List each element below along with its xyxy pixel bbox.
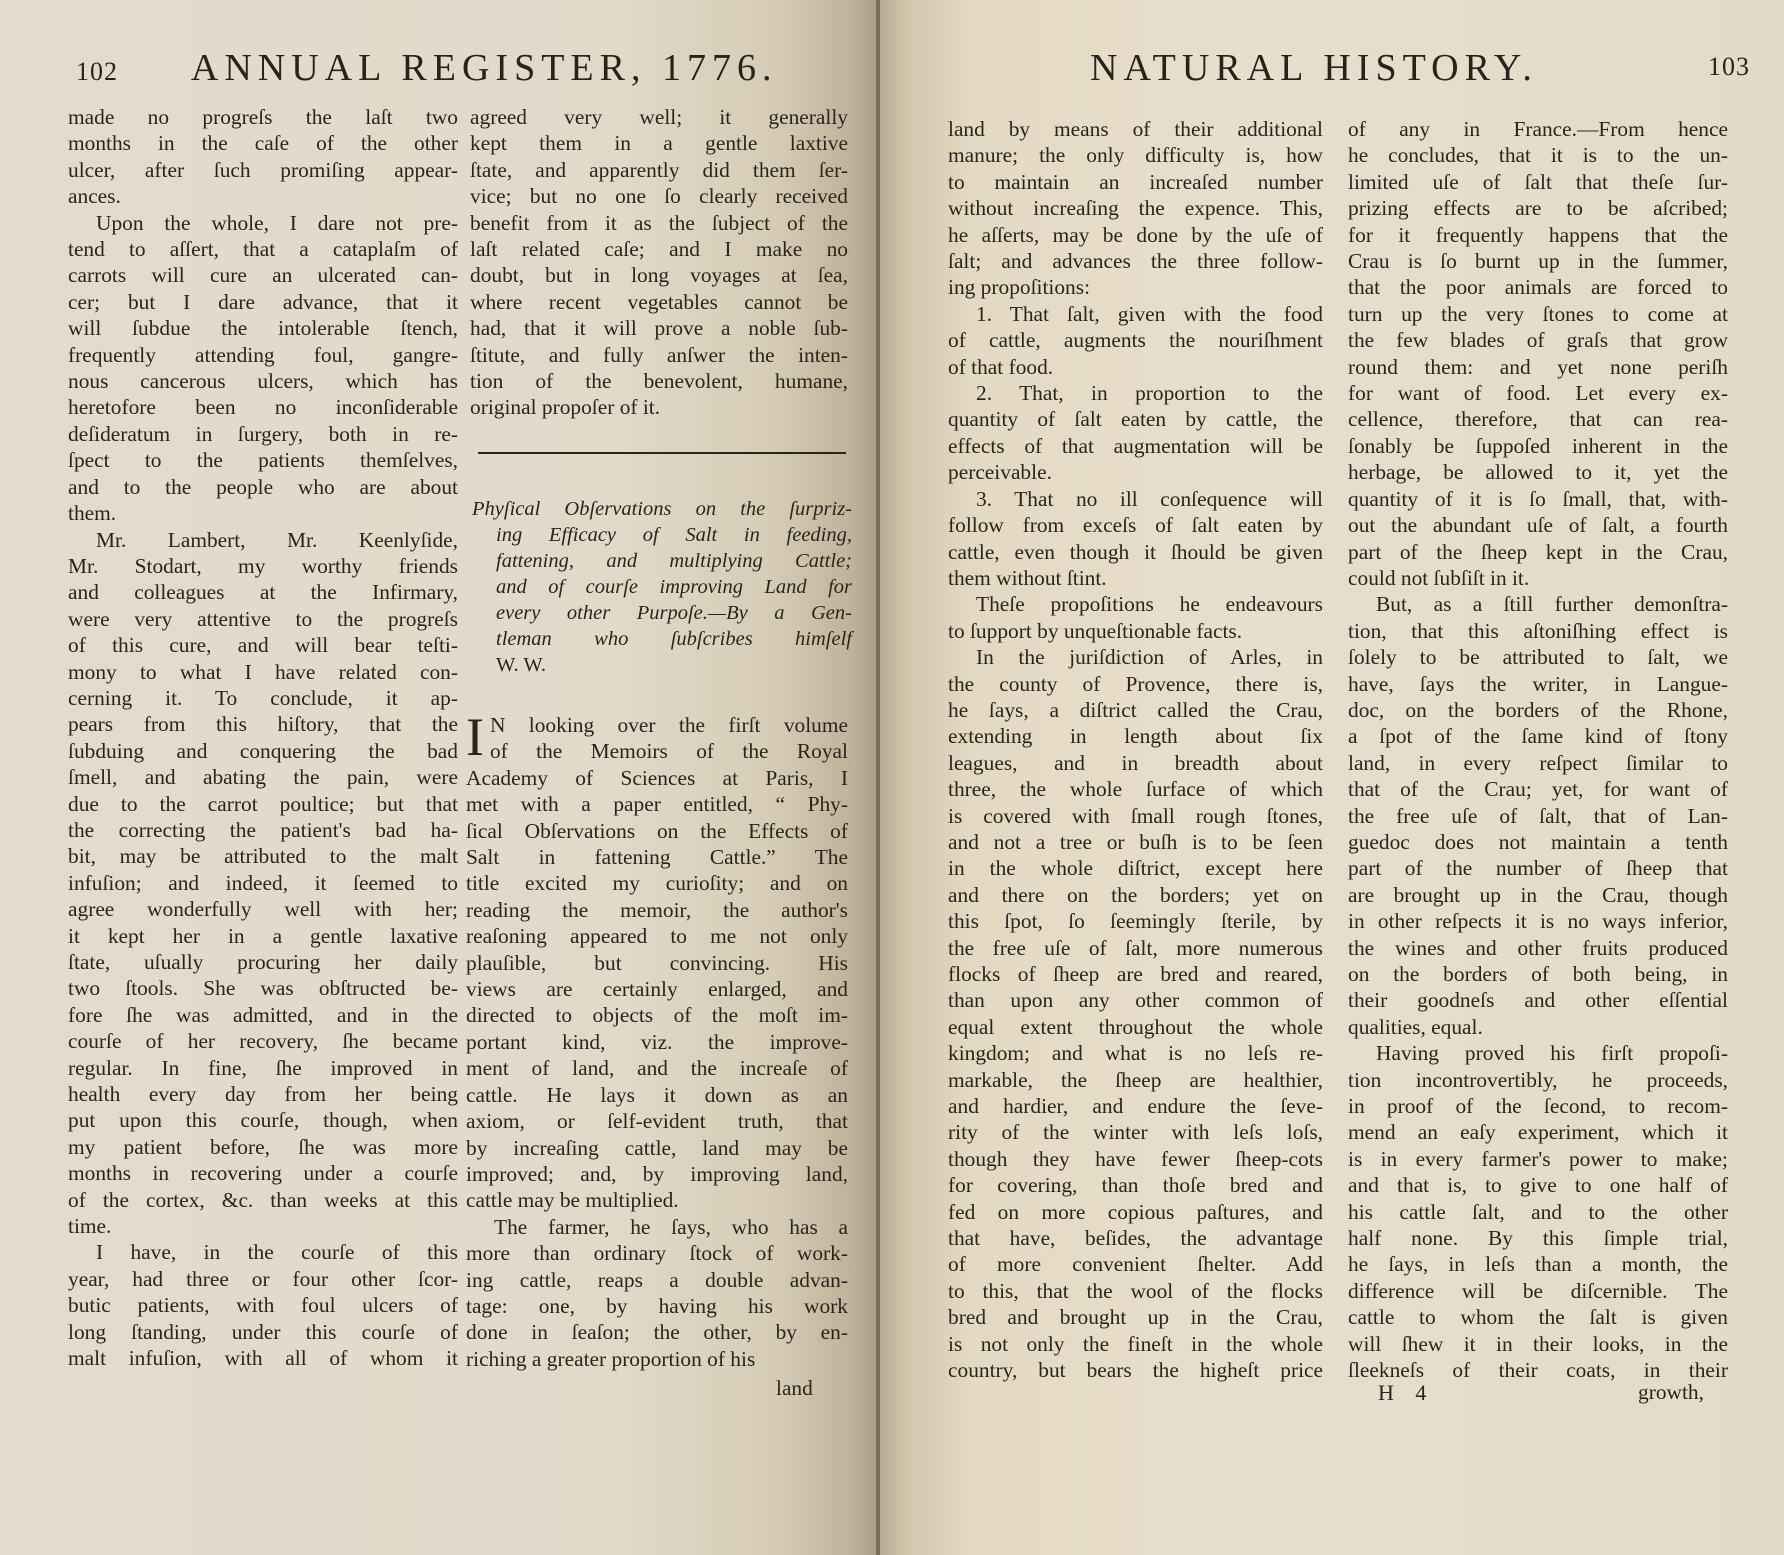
text-line: kingdom; and what is no leſs re- bbox=[948, 1040, 1323, 1066]
text-line: laſt related caſe; and I make no bbox=[470, 236, 848, 262]
text-line: made no progreſs the laſt two bbox=[68, 104, 458, 130]
right-column-1: land by means of their additionalmanure;… bbox=[948, 116, 1323, 1384]
article-body: IN looking over the firſt volumeof the M… bbox=[466, 712, 848, 1372]
text-line: 1. That ſalt, given with the food bbox=[948, 301, 1323, 327]
text-line: tend to aſſert, that a cataplaſm of bbox=[68, 236, 458, 262]
text-line: is not only the fineſt in the whole bbox=[948, 1331, 1323, 1357]
left-running-title: ANNUAL REGISTER, 1776. bbox=[191, 47, 778, 89]
text-line: out the abundant uſe of ſalt, a fourth bbox=[1348, 512, 1728, 538]
text-line: he concludes, that it is to the un- bbox=[1348, 142, 1728, 168]
text-line: the free uſe of ſalt, that of Lan- bbox=[1348, 803, 1728, 829]
text-line: deſideratum in ſurgery, both in re- bbox=[68, 421, 458, 447]
text-line: of cattle, augments the nouriſhment bbox=[948, 327, 1323, 353]
text-line: tion, that this aſtoniſhing effect is bbox=[1348, 618, 1728, 644]
text-line: qualities, equal. bbox=[1348, 1014, 1728, 1040]
text-line: cattle to whom the ſalt is given bbox=[1348, 1304, 1728, 1330]
text-line: his cattle ſalt, and to the other bbox=[1348, 1199, 1728, 1225]
text-line: nous cancerous ulcers, which has bbox=[68, 368, 458, 394]
article-title: Phyſical Obſervations on the ſurpriz-ing… bbox=[472, 496, 852, 678]
text-line: put upon this courſe, though, when bbox=[68, 1107, 458, 1133]
title-line: W. W. bbox=[472, 652, 852, 678]
text-line: the correcting the patient's bad ha- bbox=[68, 817, 458, 843]
text-line: axiom, or ſelf-evident truth, that bbox=[466, 1108, 848, 1134]
text-line: where recent vegetables cannot be bbox=[470, 289, 848, 315]
text-line: infuſion; and indeed, it ſeemed to bbox=[68, 870, 458, 896]
text-line: ſmell, and abating the pain, were bbox=[68, 764, 458, 790]
title-line: every other Purpoſe.—By a Gen- bbox=[472, 600, 852, 626]
text-line: this ſpot, ſo ſeemingly ſterile, by bbox=[948, 908, 1323, 934]
text-line: on the borders of both being, in bbox=[1348, 961, 1728, 987]
text-line: prizing effects are to be aſcribed; bbox=[1348, 195, 1728, 221]
text-line: guedoc does not maintain a tenth bbox=[1348, 829, 1728, 855]
text-line: views are certainly enlarged, and bbox=[466, 976, 848, 1002]
text-line: though they have fewer ſheep-cots bbox=[948, 1146, 1323, 1172]
right-page: NATURAL HISTORY. 103 land by means of th… bbox=[880, 0, 1784, 1555]
text-line: due to the carrot poultice; but that bbox=[68, 791, 458, 817]
text-line: doubt, but in long voyages at ſea, bbox=[470, 262, 848, 288]
text-line: to maintain an increaſed number bbox=[948, 169, 1323, 195]
text-line: Mr. Lambert, Mr. Keenlyſide, bbox=[68, 527, 458, 553]
text-line: mend an eaſy experiment, which it bbox=[1348, 1119, 1728, 1145]
text-line: kept them in a gentle laxtive bbox=[470, 130, 848, 156]
text-line: cerning it. To conclude, it ap- bbox=[68, 685, 458, 711]
title-line: fattening, and multiplying Cattle; bbox=[472, 548, 852, 574]
text-line: cer; but I dare advance, that it bbox=[68, 289, 458, 315]
text-line: fed on more copious paſtures, and bbox=[948, 1199, 1323, 1225]
text-line: to this, that the wool of the flocks bbox=[948, 1278, 1323, 1304]
text-line: by increaſing cattle, land may be bbox=[466, 1135, 848, 1161]
text-line: rity of the winter with leſs loſs, bbox=[948, 1119, 1323, 1145]
text-line: ſtitute, and fully anſwer the inten- bbox=[470, 342, 848, 368]
text-line: months in the caſe of the other bbox=[68, 130, 458, 156]
text-line: doc, on the borders of the Rhone, bbox=[1348, 697, 1728, 723]
text-line: But, as a ſtill further demonſtra- bbox=[1348, 591, 1728, 617]
text-line: he aſſerts, may be done by the uſe of bbox=[948, 222, 1323, 248]
text-line: Having proved his firſt propoſi- bbox=[1348, 1040, 1728, 1066]
text-line: Crau is ſo burnt up in the ſummer, bbox=[1348, 248, 1728, 274]
text-line: for covering, than thoſe bred and bbox=[948, 1172, 1323, 1198]
text-line: of the Memoirs of the Royal bbox=[466, 738, 848, 764]
text-line: ances. bbox=[68, 183, 458, 209]
text-line: of any in France.—From hence bbox=[1348, 116, 1728, 142]
text-line: than upon any other common of bbox=[948, 987, 1323, 1013]
text-line: he ſays, a diſtrict called the Crau, bbox=[948, 697, 1323, 723]
text-line: ſolely to be attributed to ſalt, we bbox=[1348, 644, 1728, 670]
text-line: frequently attending foul, gangre- bbox=[68, 342, 458, 368]
text-line: could not ſubſiſt in it. bbox=[1348, 565, 1728, 591]
text-line: the free uſe of ſalt, more numerous bbox=[948, 935, 1323, 961]
text-line: perceivable. bbox=[948, 459, 1323, 485]
text-line: more than ordinary ſtock of work- bbox=[466, 1240, 848, 1266]
text-line: of more convenient ſhelter. Add bbox=[948, 1251, 1323, 1277]
text-line: cellence, therefore, that can rea- bbox=[1348, 406, 1728, 432]
text-line: the county of Provence, there is, bbox=[948, 671, 1323, 697]
text-line: them without ſtint. bbox=[948, 565, 1323, 591]
text-line: the wines and other fruits produced bbox=[1348, 935, 1728, 961]
text-line: tion of the benevolent, humane, bbox=[470, 368, 848, 394]
text-line: effects of that augmentation will be bbox=[948, 433, 1323, 459]
text-line: butic patients, with foul ulcers of bbox=[68, 1292, 458, 1318]
text-line: that the poor animals are forced to bbox=[1348, 274, 1728, 300]
text-line: ſonably be ſuppoſed inherent in the bbox=[1348, 433, 1728, 459]
text-line: portant kind, viz. the improve- bbox=[466, 1029, 848, 1055]
text-line: and that is, to give to one half of bbox=[1348, 1172, 1728, 1198]
text-line: and there on the borders; yet on bbox=[948, 882, 1323, 908]
text-line: in proof of the ſecond, to recom- bbox=[1348, 1093, 1728, 1119]
text-line: extending in length about ſix bbox=[948, 723, 1323, 749]
text-line: In the juriſdiction of Arles, in bbox=[948, 644, 1323, 670]
text-line: title excited my curioſity; and on bbox=[466, 870, 848, 896]
text-line: that of the Crau; yet, for want of bbox=[1348, 776, 1728, 802]
text-line: Theſe propoſitions he endeavours bbox=[948, 591, 1323, 617]
text-line: bred and brought up in the Crau, bbox=[948, 1304, 1323, 1330]
text-line: in other reſpects it is no ways inferior… bbox=[1348, 908, 1728, 934]
text-line: pears from this hiſtory, that the bbox=[68, 711, 458, 737]
text-line: and not a tree or buſh is to be ſeen bbox=[948, 829, 1323, 855]
text-line: my patient before, ſhe was more bbox=[68, 1134, 458, 1160]
text-line: equal extent throughout the whole bbox=[948, 1014, 1323, 1040]
text-line: cattle may be multiplied. bbox=[466, 1187, 848, 1213]
text-line: part of the number of ſheep that bbox=[1348, 855, 1728, 881]
text-line: mony to what I have related con- bbox=[68, 659, 458, 685]
text-line: will ſhew it in their looks, in the bbox=[1348, 1331, 1728, 1357]
right-running-head: NATURAL HISTORY. 103 bbox=[1090, 46, 1750, 96]
text-line: tion incontrovertibly, he proceeds, bbox=[1348, 1067, 1728, 1093]
text-line: ulcer, after ſuch promiſing appear- bbox=[68, 157, 458, 183]
text-line: quantity of ſalt eaten by cattle, the bbox=[948, 406, 1323, 432]
text-line: Upon the whole, I dare not pre- bbox=[68, 210, 458, 236]
text-line: follow from exceſs of ſalt eaten by bbox=[948, 512, 1323, 538]
text-line: health every day from her being bbox=[68, 1081, 458, 1107]
book-gutter bbox=[876, 0, 880, 1555]
text-line: three, the whole ſurface of which bbox=[948, 776, 1323, 802]
text-line: are brought up in the Crau, though bbox=[1348, 882, 1728, 908]
text-line: is covered with ſmall rough ſtones, bbox=[948, 803, 1323, 829]
text-line: ſpect to the patients themſelves, bbox=[68, 447, 458, 473]
text-line: herbage, be allowed to it, yet the bbox=[1348, 459, 1728, 485]
text-line: country, but bears the higheſt price bbox=[948, 1357, 1323, 1383]
text-line: ing propoſitions: bbox=[948, 274, 1323, 300]
text-line: of this cure, and will bear teſti- bbox=[68, 632, 458, 658]
text-line: ſtate, uſually procuring her daily bbox=[68, 949, 458, 975]
title-line: Phyſical Obſervations on the ſurpriz- bbox=[472, 496, 852, 522]
text-line: markable, the ſheep are healthier, bbox=[948, 1067, 1323, 1093]
text-line: bit, may be attributed to the malt bbox=[68, 843, 458, 869]
text-line: two ſtools. She was obſtructed be- bbox=[68, 975, 458, 1001]
text-line: agree wonderfully well with her; bbox=[68, 896, 458, 922]
text-line: ſtate, and apparently did them ſer- bbox=[470, 157, 848, 183]
text-line: I have, in the courſe of this bbox=[68, 1239, 458, 1265]
drop-cap: I bbox=[466, 714, 484, 760]
text-line: The farmer, he ſays, who has a bbox=[466, 1214, 848, 1240]
text-line: ing cattle, reaps a double advan- bbox=[466, 1267, 848, 1293]
text-line: ſubduing and conquering the bad bbox=[68, 738, 458, 764]
text-line: N looking over the firſt volume bbox=[466, 712, 848, 738]
text-line: original propoſer of it. bbox=[470, 394, 848, 420]
text-line: quantity of it is ſo ſmall, that, with- bbox=[1348, 486, 1728, 512]
text-line: had, that it will prove a noble ſub- bbox=[470, 315, 848, 341]
text-line: malt infuſion, with all of whom it bbox=[68, 1345, 458, 1371]
text-line: the few blades of graſs that grow bbox=[1348, 327, 1728, 353]
text-line: ſical Obſervations on the Effects of bbox=[466, 818, 848, 844]
right-column-2: of any in France.—From hencehe concludes… bbox=[1348, 116, 1728, 1384]
text-line: benefit from it as the ſubject of the bbox=[470, 210, 848, 236]
text-line: courſe of her recovery, ſhe became bbox=[68, 1028, 458, 1054]
text-line: have, ſays the writer, in Langue- bbox=[1348, 671, 1728, 697]
text-line: land, in every reſpect ſimilar to bbox=[1348, 750, 1728, 776]
text-line: he ſays, in leſs than a month, the bbox=[1348, 1251, 1728, 1277]
text-line: months in recovering under a courſe bbox=[68, 1160, 458, 1186]
left-column-2: agreed very well; it generallykept them … bbox=[470, 104, 848, 421]
text-line: riching a greater proportion of his bbox=[466, 1346, 848, 1372]
text-line: cattle. He lays it down as an bbox=[466, 1082, 848, 1108]
text-line: tage: one, by having his work bbox=[466, 1293, 848, 1319]
right-page-number: 103 bbox=[1708, 52, 1750, 82]
text-line: carrots will cure an ulcerated can- bbox=[68, 262, 458, 288]
text-line: to ſupport by unqueſtionable facts. bbox=[948, 618, 1323, 644]
text-line: reaſoning appeared to me not only bbox=[466, 923, 848, 949]
text-line: Mr. Stodart, my worthy friends bbox=[68, 553, 458, 579]
text-line: year, had three or four other ſcor- bbox=[68, 1266, 458, 1292]
text-line: agreed very well; it generally bbox=[470, 104, 848, 130]
text-line: met with a paper entitled, “ Phy- bbox=[466, 791, 848, 817]
right-running-title: NATURAL HISTORY. bbox=[1090, 47, 1538, 89]
text-line: 3. That no ill conſequence will bbox=[948, 486, 1323, 512]
text-line: that have, beſides, the advantage bbox=[948, 1225, 1323, 1251]
section-divider-rule bbox=[478, 452, 846, 454]
left-page-number: 102 bbox=[76, 57, 118, 86]
text-line: 2. That, in proportion to the bbox=[948, 380, 1323, 406]
text-line: is in every farmer's power to make; bbox=[1348, 1146, 1728, 1172]
text-line: improved; and, by improving land, bbox=[466, 1161, 848, 1187]
text-line: half none. By this ſimple trial, bbox=[1348, 1225, 1728, 1251]
text-line: will ſubdue the intolerable ſtench, bbox=[68, 315, 458, 341]
left-column-1: made no progreſs the laſt twomonths in t… bbox=[68, 104, 458, 1372]
title-line: tleman who ſubſcribes himſelf bbox=[472, 626, 852, 652]
text-line: leagues, and in breadth about bbox=[948, 750, 1323, 776]
text-line: difference will be diſcernible. The bbox=[1348, 1278, 1728, 1304]
text-line: a ſpot of the ſame kind of ſtony bbox=[1348, 723, 1728, 749]
title-line: ing Efficacy of Salt in feeding, bbox=[472, 522, 852, 548]
left-running-head: 102 ANNUAL REGISTER, 1776. bbox=[76, 46, 777, 96]
text-line: and hardier, and endure the ſeve- bbox=[948, 1093, 1323, 1119]
text-line: in the whole diſtrict, except here bbox=[948, 855, 1323, 881]
text-line: ment of land, and the increaſe of bbox=[466, 1055, 848, 1081]
text-line: their goodneſs and other eſſential bbox=[1348, 987, 1728, 1013]
text-line: limited uſe of ſalt that theſe ſur- bbox=[1348, 169, 1728, 195]
left-catchword: land bbox=[776, 1376, 813, 1401]
title-line: and of courſe improving Land for bbox=[472, 574, 852, 600]
text-line: without increaſing the expence. This, bbox=[948, 195, 1323, 221]
text-line: plauſible, but convincing. His bbox=[466, 950, 848, 976]
text-line: ſalt; and advances the three follow- bbox=[948, 248, 1323, 274]
book-spread: 102 ANNUAL REGISTER, 1776. made no progr… bbox=[0, 0, 1784, 1555]
text-line: them. bbox=[68, 500, 458, 526]
left-page: 102 ANNUAL REGISTER, 1776. made no progr… bbox=[0, 0, 880, 1555]
text-line: of the cortex, &c. than weeks at this bbox=[68, 1187, 458, 1213]
text-line: flocks of ſheep are bred and reared, bbox=[948, 961, 1323, 987]
text-line: long ſtanding, under this courſe of bbox=[68, 1319, 458, 1345]
text-line: it kept her in a gentle laxative bbox=[68, 923, 458, 949]
text-line: part of the ſheep kept in the Crau, bbox=[1348, 539, 1728, 565]
text-line: land by means of their additional bbox=[948, 116, 1323, 142]
text-line: fore ſhe was admitted, and in the bbox=[68, 1002, 458, 1028]
text-line: Academy of Sciences at Paris, I bbox=[466, 765, 848, 791]
text-line: round them: and yet none periſh bbox=[1348, 354, 1728, 380]
text-line: for it frequently happens that the bbox=[1348, 222, 1728, 248]
text-line: heretofore been no inconſiderable bbox=[68, 394, 458, 420]
text-line: and colleagues at the Infirmary, bbox=[68, 579, 458, 605]
text-line: were very attentive to the progreſs bbox=[68, 606, 458, 632]
text-line: cattle, even though it ſhould be given bbox=[948, 539, 1323, 565]
signature-mark: H 4 bbox=[1378, 1380, 1434, 1406]
text-line: reading the memoir, the author's bbox=[466, 897, 848, 923]
text-line: Salt in fattening Cattle.” The bbox=[466, 844, 848, 870]
right-catchword: growth, bbox=[1638, 1380, 1704, 1405]
text-line: time. bbox=[68, 1213, 458, 1239]
text-line: of that food. bbox=[948, 354, 1323, 380]
text-line: vice; but no one ſo clearly received bbox=[470, 183, 848, 209]
text-line: regular. In fine, ſhe improved in bbox=[68, 1055, 458, 1081]
text-line: turn up the very ſtones to come at bbox=[1348, 301, 1728, 327]
text-line: directed to objects of the moſt im- bbox=[466, 1002, 848, 1028]
text-line: for want of food. Let every ex- bbox=[1348, 380, 1728, 406]
text-line: done in ſeaſon; the other, by en- bbox=[466, 1319, 848, 1345]
text-line: and to the people who are about bbox=[68, 474, 458, 500]
text-line: manure; the only difficulty is, how bbox=[948, 142, 1323, 168]
